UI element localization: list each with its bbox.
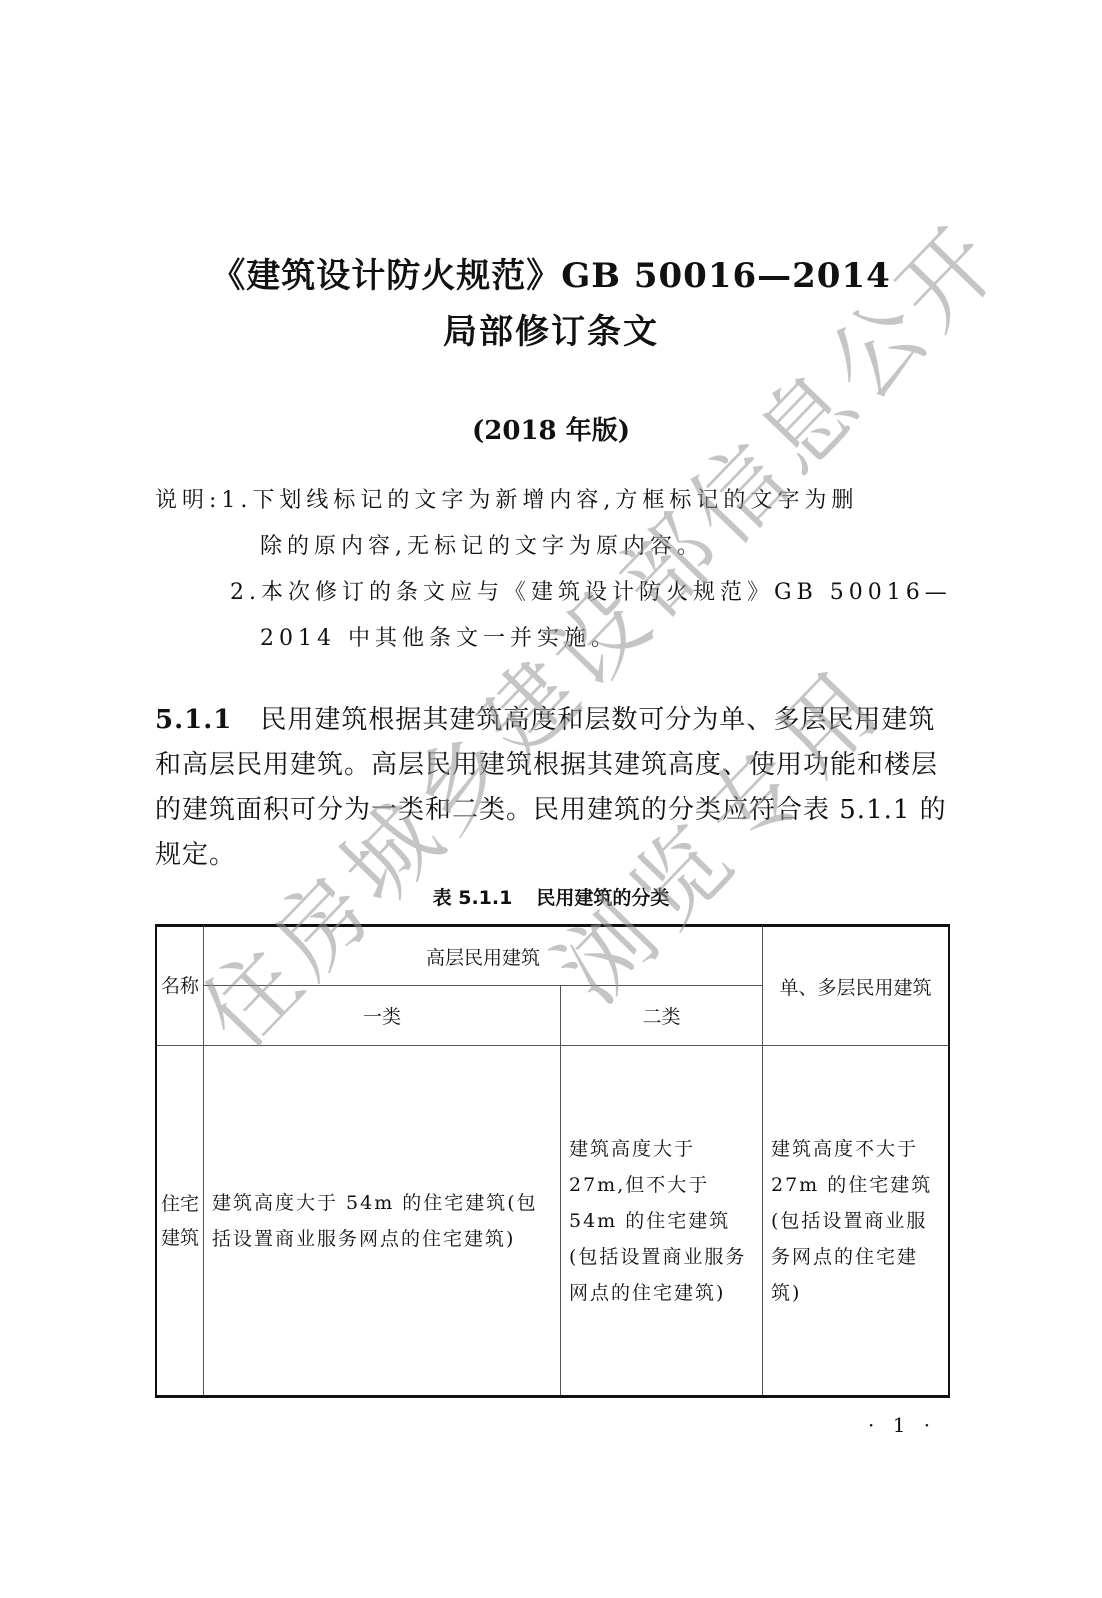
header-class-1: 一类 xyxy=(204,986,561,1046)
edition-label: (2018 年版) xyxy=(0,410,1102,447)
table-caption-title: 民用建筑的分类 xyxy=(536,887,669,909)
note-item-1: 说明:1.下划线标记的文字为新增内容,方框标记的文字为删 xyxy=(155,478,955,524)
note-item-2-continued: 2014 中其他条文一并实施。 xyxy=(260,616,1060,662)
note-item-2: 2.本次修订的条文应与《建筑设计防火规范》GB 50016— xyxy=(230,570,1030,616)
document-page: 《建筑设计防火规范》GB 50016—2014 局部修订条文 (2018 年版)… xyxy=(0,0,1102,1598)
note-item-1-continued: 除的原内容,无标记的文字为原内容。 xyxy=(260,524,1060,570)
document-subtitle: 局部修订条文 xyxy=(0,304,1102,353)
header-high-rise: 高层民用建筑 xyxy=(204,926,763,986)
row-low-rise: 建筑高度不大于 27m 的住宅建筑(包括设置商业服务网点的住宅建筑) xyxy=(763,1046,950,1397)
clause-number: 5.1.1 xyxy=(155,705,232,735)
row-class-1: 建筑高度大于 54m 的住宅建筑(包括设置商业服务网点的住宅建筑) xyxy=(204,1046,561,1397)
building-classification-table: 名称 高层民用建筑 单、多层民用建筑 一类 二类 住宅建筑 建筑高度大于 54m… xyxy=(155,924,950,1398)
header-low-rise: 单、多层民用建筑 xyxy=(763,926,950,1046)
table-caption: 表 5.1.1民用建筑的分类 xyxy=(0,883,1102,910)
document-title: 《建筑设计防火规范》GB 50016—2014 xyxy=(0,248,1102,297)
header-class-2: 二类 xyxy=(561,986,763,1046)
page-number: · 1 · xyxy=(868,1413,936,1437)
header-name: 名称 xyxy=(156,926,204,1046)
clause-text: 民用建筑根据其建筑高度和层数可分为单、多层民用建筑和高层民用建筑。高层民用建筑根… xyxy=(155,705,947,870)
table-row: 住宅建筑 建筑高度大于 54m 的住宅建筑(包括设置商业服务网点的住宅建筑) 建… xyxy=(156,1046,949,1397)
row-name: 住宅建筑 xyxy=(156,1046,204,1397)
clause-5-1-1: 5.1.1民用建筑根据其建筑高度和层数可分为单、多层民用建筑和高层民用建筑。高层… xyxy=(155,698,955,878)
table-caption-number: 表 5.1.1 xyxy=(433,887,513,909)
row-class-2: 建筑高度大于 27m,但不大于 54m 的住宅建筑(包括设置商业服务网点的住宅建… xyxy=(561,1046,763,1397)
